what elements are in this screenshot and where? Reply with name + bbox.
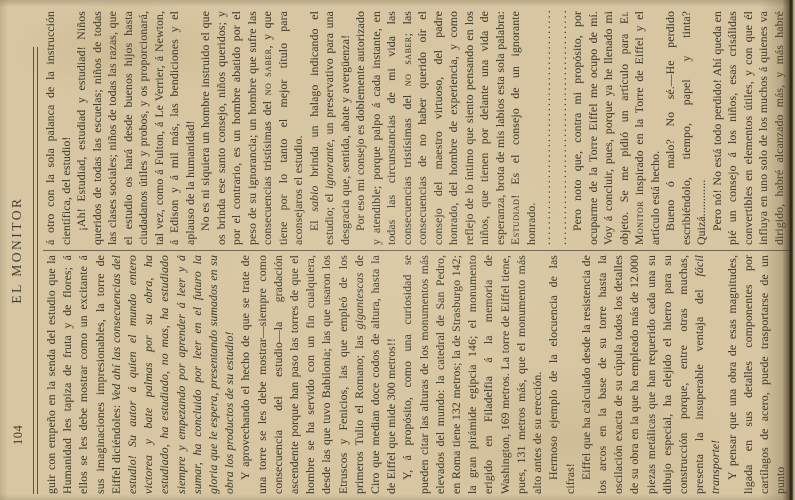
text-run: ¡Ah! Estudiad, estudiad y estudiad! Niño… (74, 11, 197, 245)
paragraph: El sabio brinda un halago indicando el e… (307, 11, 354, 245)
text-run: no saber (400, 36, 414, 86)
text-run: no saber (260, 48, 274, 95)
text-run: Pero nó! No está todo perdido! Ahí queda… (710, 11, 792, 245)
page-header: 104 EL MONITOR (0, 0, 34, 500)
text-run: Pero noto que, contra mi propósito, por … (570, 11, 631, 245)
paragraph: Eiffel que ha calculado desde la resiste… (578, 255, 724, 494)
paragraph: Hermoso ejemplo de la elocuencia de las … (545, 255, 577, 494)
text-run: sabio (307, 186, 321, 212)
text-run: Ved ahí las consecuencias del estudio! S… (109, 255, 236, 494)
paragraph: Pero nó! No está todo perdido! Ahí queda… (710, 11, 792, 245)
column-right: á otro con la sola palanca de la instruc… (43, 11, 791, 245)
paragraph: ¡Ah! Estudiad, estudiad y estudiad! Niño… (74, 11, 198, 245)
text-run: Eiffel que ha calculado desde la resiste… (579, 255, 706, 494)
text-run: Y pensar que una obra de esas magnitudes… (725, 255, 788, 494)
text-run: á otro con la sola palanca de la instruc… (43, 11, 73, 245)
dots-row: ........................................… (555, 11, 571, 245)
paragraph: Y aprovechando el hecho de que se trate … (237, 255, 399, 494)
dotted-separator: ........................................… (539, 11, 570, 245)
text-run: ; las consecuencias de no haber querido … (400, 11, 507, 245)
paragraph: Y pensar que una obra de esas magnitudes… (724, 255, 789, 494)
scanned-page: 104 EL MONITOR guir con empeño en la sen… (0, 0, 795, 500)
page-portrait: 104 EL MONITOR guir con empeño en la sen… (0, 0, 795, 500)
text-run: gigantescas (352, 272, 366, 329)
paragraph: guir con empeño en la senda del estudio … (43, 255, 237, 494)
column-divider (43, 250, 791, 251)
paragraph: Por eso mi consejo es doblemente autoriz… (353, 11, 539, 245)
paragraph: á otro con la sola palanca de la instruc… (43, 11, 74, 245)
text-run: ignorante (322, 142, 336, 189)
paragraph: Y, á propósito, como una curiosidad se p… (399, 255, 545, 494)
paragraph: Pero noto que, contra mi propósito, por … (570, 11, 663, 245)
text-run: El (307, 212, 321, 231)
text-run: Hermoso ejemplo de la elocuencia de las … (546, 255, 576, 494)
text-run: Y, á propósito, como una curiosidad se p… (400, 255, 544, 494)
column-left: guir con empeño en la senda del estudio … (43, 255, 791, 494)
paragraph: Bueno ó malo? No sé.—He perdido escribié… (663, 11, 710, 245)
text-run: Estudiad! (508, 194, 522, 245)
journal-title: EL MONITOR (9, 0, 25, 500)
text-run: Y aprovechando el hecho de que se trate … (238, 255, 365, 494)
text-columns: guir con empeño en la senda del estudio … (43, 10, 791, 494)
text-run: Bueno ó malo? No sé.—He perdido escribié… (663, 11, 708, 245)
dots-row: ........................................… (539, 11, 555, 245)
paragraph: No es ni siquiera un hombre instruido el… (198, 11, 307, 245)
header-double-rule (33, 47, 38, 494)
